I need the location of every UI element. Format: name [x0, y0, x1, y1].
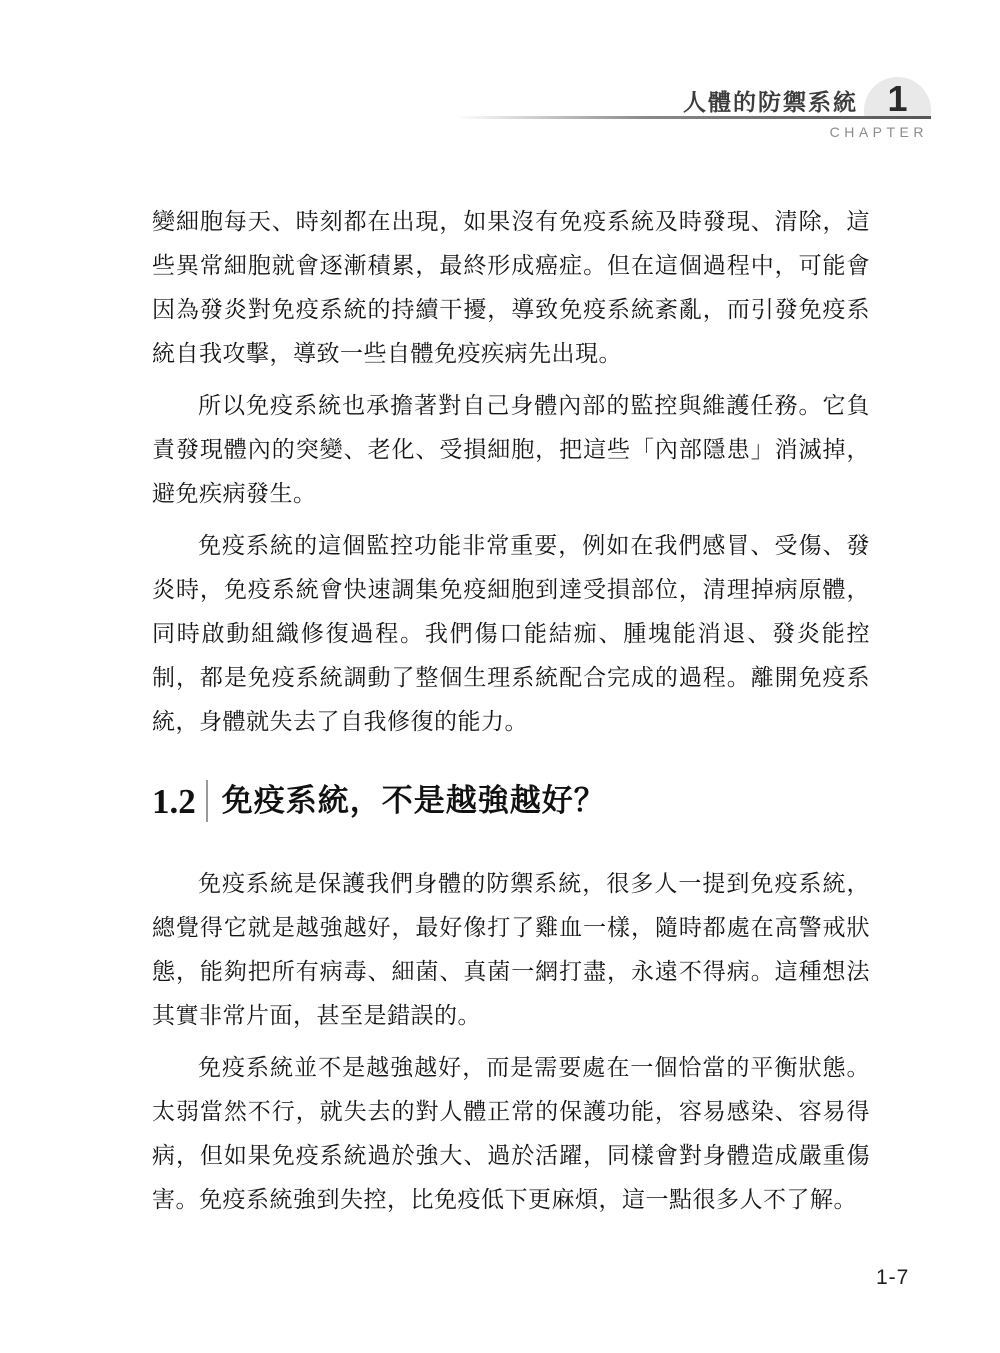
header-rule	[455, 116, 931, 119]
chapter-label: CHAPTER	[830, 124, 928, 140]
section-title: 免疫系統，不是越強越好？	[222, 782, 606, 819]
page-number: 1-7	[876, 1266, 909, 1290]
page-content: 變細胞每天、時刻都在出現，如果沒有免疫系統及時發現、清除，這些異常細胞就會逐漸積…	[152, 200, 870, 1230]
paragraph: 免疫系統並不是越強越好，而是需要處在一個恰當的平衡狀態。太弱當然不行，就失去的對…	[152, 1046, 870, 1222]
chapter-number: 1	[887, 81, 907, 117]
chapter-number-badge: 1	[864, 77, 931, 117]
section-divider	[206, 780, 208, 822]
paragraph: 免疫系統的這個監控功能非常重要，例如在我們感冒、受傷、發炎時，免疫系統會快速調集…	[152, 524, 870, 744]
section-heading: 1.2 免疫系統，不是越強越好？	[152, 780, 870, 822]
section-number: 1.2	[152, 784, 196, 819]
paragraph: 免疫系統是保護我們身體的防禦系統，很多人一提到免疫系統，總覺得它就是越強越好，最…	[152, 862, 870, 1038]
book-page: 人體的防禦系統 1 CHAPTER 變細胞每天、時刻都在出現，如果沒有免疫系統及…	[0, 0, 1000, 1353]
chapter-title: 人體的防禦系統	[683, 84, 858, 117]
chapter-number-circle: 1	[864, 77, 931, 117]
paragraph: 所以免疫系統也承擔著對自己身體內部的監控與維護任務。它負責發現體內的突變、老化、…	[152, 384, 870, 516]
paragraph-continuation: 變細胞每天、時刻都在出現，如果沒有免疫系統及時發現、清除，這些異常細胞就會逐漸積…	[152, 200, 870, 376]
